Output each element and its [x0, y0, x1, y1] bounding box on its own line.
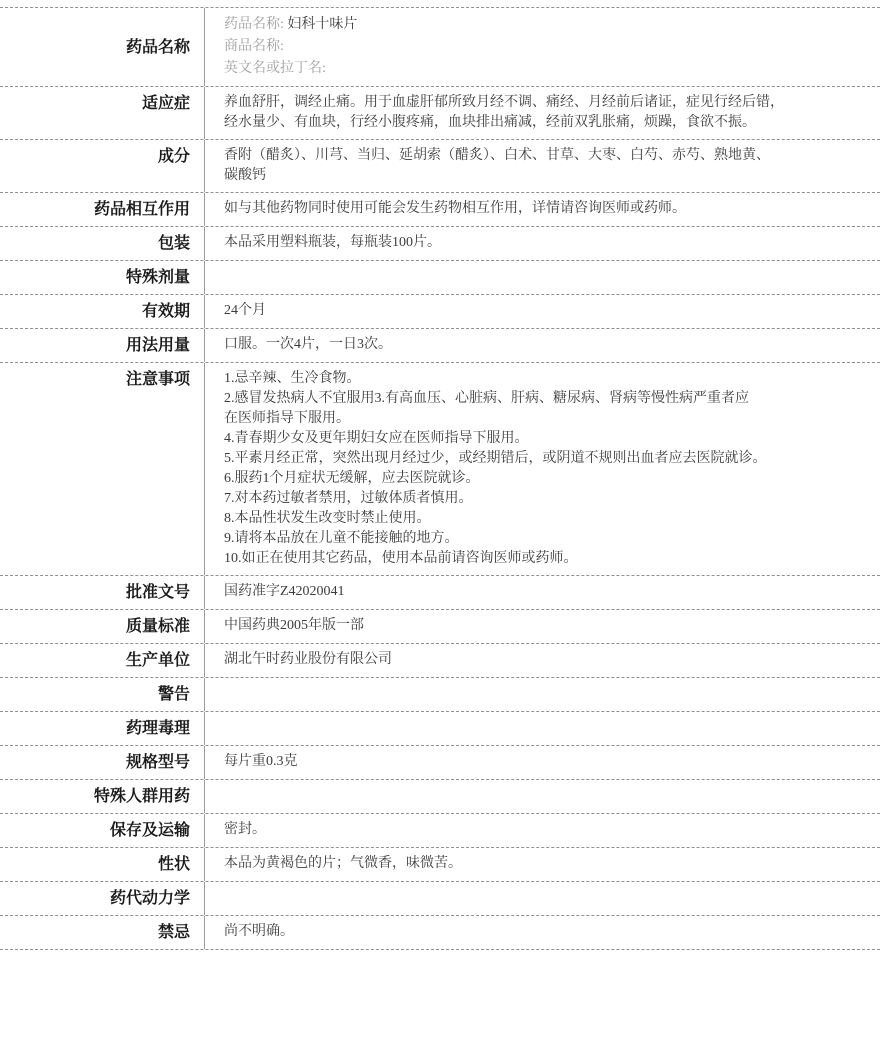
value-line: 尚不明确。	[224, 922, 868, 942]
row-value: 如与其他药物同时使用可能会发生药物相互作用，详情请咨询医师或药师。	[205, 193, 880, 226]
row-label: 质量标准	[0, 610, 205, 643]
row-value: 养血舒肝，调经止痛。用于血虚肝郁所致月经不调、痛经、月经前后诸证，症见行经后错，…	[205, 87, 880, 139]
table-row-special-population: 特殊人群用药	[0, 780, 880, 814]
row-label: 注意事项	[0, 363, 205, 575]
table-row-pharmacokinetics: 药代动力学	[0, 882, 880, 916]
row-value	[205, 780, 880, 813]
value-line: 2.感冒发热病人不宜服用3.有高血压、心脏病、肝病、糖尿病、肾病等慢性病严重者应	[224, 389, 868, 409]
table-row-ingredients: 成分 香附（醋炙）、川芎、当归、延胡索（醋炙）、白术、甘草、大枣、白芍、赤芍、熟…	[0, 140, 880, 193]
field-prefix: 英文名或拉丁名:	[224, 61, 326, 76]
row-label: 特殊人群用药	[0, 780, 205, 813]
value-line: 养血舒肝，调经止痛。用于血虚肝郁所致月经不调、痛经、月经前后诸证，症见行经后错，	[224, 93, 868, 113]
value-line: 本品采用塑料瓶装，每瓶装100片。	[224, 233, 868, 253]
table-row-packaging: 包装 本品采用塑料瓶装，每瓶装100片。	[0, 227, 880, 261]
value-line: 24个月	[224, 301, 868, 321]
row-value: 本品采用塑料瓶装，每瓶装100片。	[205, 227, 880, 260]
value-line: 5.平素月经正常，突然出现月经过少，或经期错后，或阴道不规则出血者应去医院就诊。	[224, 449, 868, 469]
row-value: 药品名称: 妇科十味片商品名称: 英文名或拉丁名:	[205, 8, 880, 86]
row-label: 有效期	[0, 295, 205, 328]
row-label: 性状	[0, 848, 205, 881]
value-line: 商品名称:	[224, 36, 868, 58]
row-label: 药代动力学	[0, 882, 205, 915]
table-row-manufacturer: 生产单位 湖北午时药业股份有限公司	[0, 644, 880, 678]
row-value: 每片重0.3克	[205, 746, 880, 779]
value-line: 中国药典2005年版一部	[224, 616, 868, 636]
table-row-contraindications: 禁忌 尚不明确。	[0, 916, 880, 950]
value-line: 4.青春期少女及更年期妇女应在医师指导下服用。	[224, 429, 868, 449]
table-row-approval-number: 批准文号 国药准字Z42020041	[0, 576, 880, 610]
value-line: 香附（醋炙）、川芎、当归、延胡索（醋炙）、白术、甘草、大枣、白芍、赤芍、熟地黄、	[224, 146, 868, 166]
row-value: 尚不明确。	[205, 916, 880, 949]
row-value: 中国药典2005年版一部	[205, 610, 880, 643]
row-label: 生产单位	[0, 644, 205, 677]
row-label: 警告	[0, 678, 205, 711]
table-row-drug-name: 药品名称 药品名称: 妇科十味片商品名称: 英文名或拉丁名:	[0, 8, 880, 87]
value-line: 经水量少、有血块，行经小腹疼痛，血块排出痛减，经前双乳胀痛，烦躁，食欲不振。	[224, 113, 868, 133]
value-line: 9.请将本品放在儿童不能接触的地方。	[224, 529, 868, 549]
row-value	[205, 712, 880, 745]
value-line: 在医师指导下服用。	[224, 409, 868, 429]
row-value: 密封。	[205, 814, 880, 847]
row-value	[205, 882, 880, 915]
value-line: 湖北午时药业股份有限公司	[224, 650, 868, 670]
value-line: 每片重0.3克	[224, 752, 868, 772]
row-value: 24个月	[205, 295, 880, 328]
table-row-quality-standard: 质量标准 中国药典2005年版一部	[0, 610, 880, 644]
field-prefix: 药品名称:	[224, 17, 287, 32]
table-row-special-dosage: 特殊剂量	[0, 261, 880, 295]
row-label: 禁忌	[0, 916, 205, 949]
value-line: 8.本品性状发生改变时禁止使用。	[224, 509, 868, 529]
value-line: 药品名称: 妇科十味片	[224, 14, 868, 36]
table-row-storage-transport: 保存及运输 密封。	[0, 814, 880, 848]
row-value	[205, 678, 880, 711]
table-row-pharmacology-toxicology: 药理毒理	[0, 712, 880, 746]
row-value: 本品为黄褐色的片；气微香，味微苦。	[205, 848, 880, 881]
value-line: 英文名或拉丁名:	[224, 58, 868, 80]
field-value: 妇科十味片	[287, 17, 357, 32]
table-row-characteristics: 性状 本品为黄褐色的片；气微香，味微苦。	[0, 848, 880, 882]
row-value: 口服。一次4片，一日3次。	[205, 329, 880, 362]
value-line: 本品为黄褐色的片；气微香，味微苦。	[224, 854, 868, 874]
table-row-indications: 适应症 养血舒肝，调经止痛。用于血虚肝郁所致月经不调、痛经、月经前后诸证，症见行…	[0, 87, 880, 140]
row-value: 香附（醋炙）、川芎、当归、延胡索（醋炙）、白术、甘草、大枣、白芍、赤芍、熟地黄、…	[205, 140, 880, 192]
table-row-precautions: 注意事项 1.忌辛辣、生冷食物。2.感冒发热病人不宜服用3.有高血压、心脏病、肝…	[0, 363, 880, 576]
table-row-shelf-life: 有效期 24个月	[0, 295, 880, 329]
row-value: 国药准字Z42020041	[205, 576, 880, 609]
row-label: 规格型号	[0, 746, 205, 779]
row-label: 批准文号	[0, 576, 205, 609]
row-label: 包装	[0, 227, 205, 260]
row-label: 药品相互作用	[0, 193, 205, 226]
value-line: 国药准字Z42020041	[224, 582, 868, 602]
row-label: 特殊剂量	[0, 261, 205, 294]
table-row-specification: 规格型号 每片重0.3克	[0, 746, 880, 780]
value-line: 1.忌辛辣、生冷食物。	[224, 369, 868, 389]
row-label: 保存及运输	[0, 814, 205, 847]
table-row-dosage-usage: 用法用量 口服。一次4片，一日3次。	[0, 329, 880, 363]
value-line: 如与其他药物同时使用可能会发生药物相互作用，详情请咨询医师或药师。	[224, 199, 868, 219]
value-line: 碳酸钙	[224, 166, 868, 186]
table-row-warning: 警告	[0, 678, 880, 712]
row-label: 用法用量	[0, 329, 205, 362]
value-line: 密封。	[224, 820, 868, 840]
row-label: 成分	[0, 140, 205, 192]
row-label: 药理毒理	[0, 712, 205, 745]
drug-info-table: 药品名称 药品名称: 妇科十味片商品名称: 英文名或拉丁名: 适应症 养血舒肝，…	[0, 7, 880, 950]
row-value: 1.忌辛辣、生冷食物。2.感冒发热病人不宜服用3.有高血压、心脏病、肝病、糖尿病…	[205, 363, 880, 575]
table-row-drug-interactions: 药品相互作用 如与其他药物同时使用可能会发生药物相互作用，详情请咨询医师或药师。	[0, 193, 880, 227]
row-label: 药品名称	[0, 8, 205, 86]
value-line: 7.对本药过敏者禁用，过敏体质者慎用。	[224, 489, 868, 509]
row-value: 湖北午时药业股份有限公司	[205, 644, 880, 677]
field-prefix: 商品名称:	[224, 39, 284, 54]
row-value	[205, 261, 880, 294]
value-line: 口服。一次4片，一日3次。	[224, 335, 868, 355]
value-line: 10.如正在使用其它药品，使用本品前请咨询医师或药师。	[224, 549, 868, 569]
row-label: 适应症	[0, 87, 205, 139]
value-line: 6.服药1个月症状无缓解，应去医院就诊。	[224, 469, 868, 489]
